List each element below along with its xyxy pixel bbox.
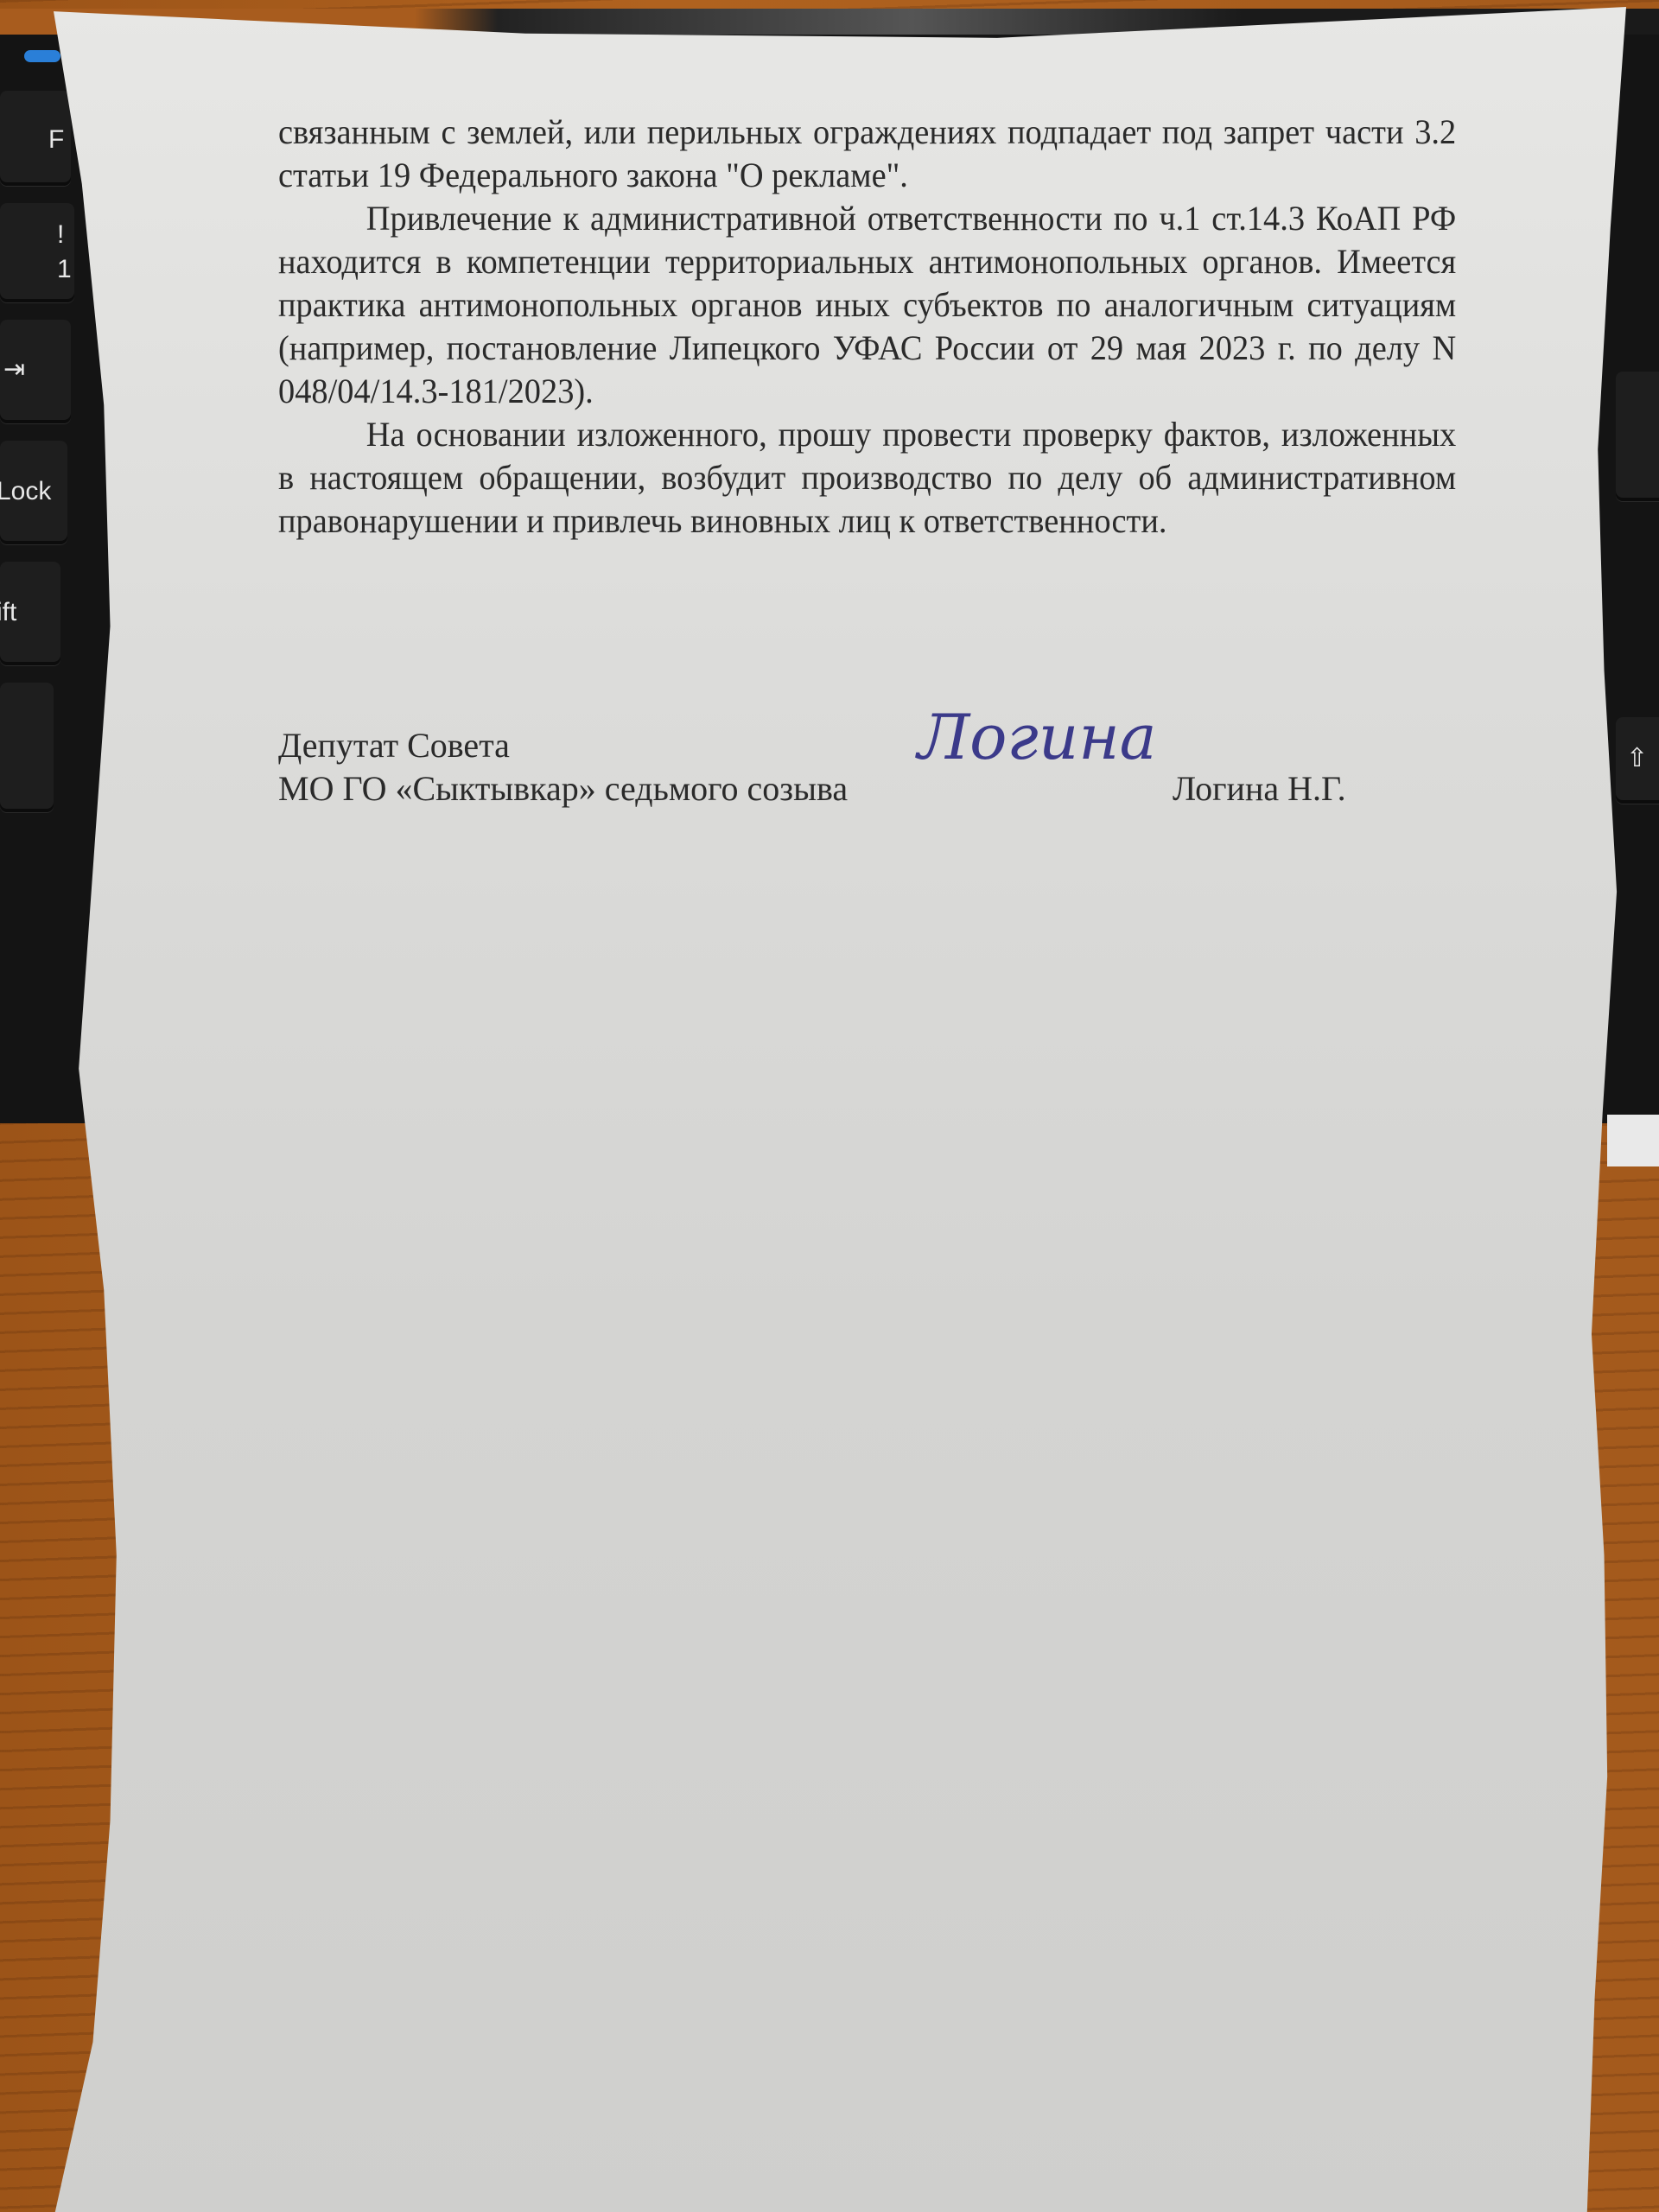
document-body: связанным с землей, или перильных огражд… bbox=[278, 111, 1456, 543]
keyboard-led-indicator bbox=[24, 50, 60, 62]
key-1: !1 bbox=[0, 203, 74, 302]
paragraph-3: На основании изложенного, прошу провести… bbox=[278, 413, 1456, 543]
paragraph-1: связанным с землей, или перильных огражд… bbox=[278, 111, 1456, 197]
signature-block: Депутат Совета МО ГО «Сыктывкар» седьмог… bbox=[278, 724, 1505, 810]
key-shift-right: ⇧ bbox=[1616, 717, 1659, 804]
handwritten-signature: Логина bbox=[918, 715, 1177, 810]
key-shift-left: ift bbox=[0, 562, 60, 665]
desk-edge bbox=[1607, 1115, 1659, 1166]
key-f: F bbox=[0, 91, 71, 186]
key-tab: ⇥ bbox=[0, 320, 71, 423]
position-line-1: Депутат Совета bbox=[278, 724, 1505, 767]
signer-name: Логина Н.Г. bbox=[1173, 767, 1346, 810]
paragraph-2: Привлечение к административной ответстве… bbox=[278, 197, 1456, 413]
key-caps-lock: Lock bbox=[0, 441, 67, 544]
key-ctrl bbox=[0, 683, 54, 812]
position-line-2: МО ГО «Сыктывкар» седьмого созыва bbox=[278, 767, 918, 810]
key-right bbox=[1616, 372, 1659, 501]
